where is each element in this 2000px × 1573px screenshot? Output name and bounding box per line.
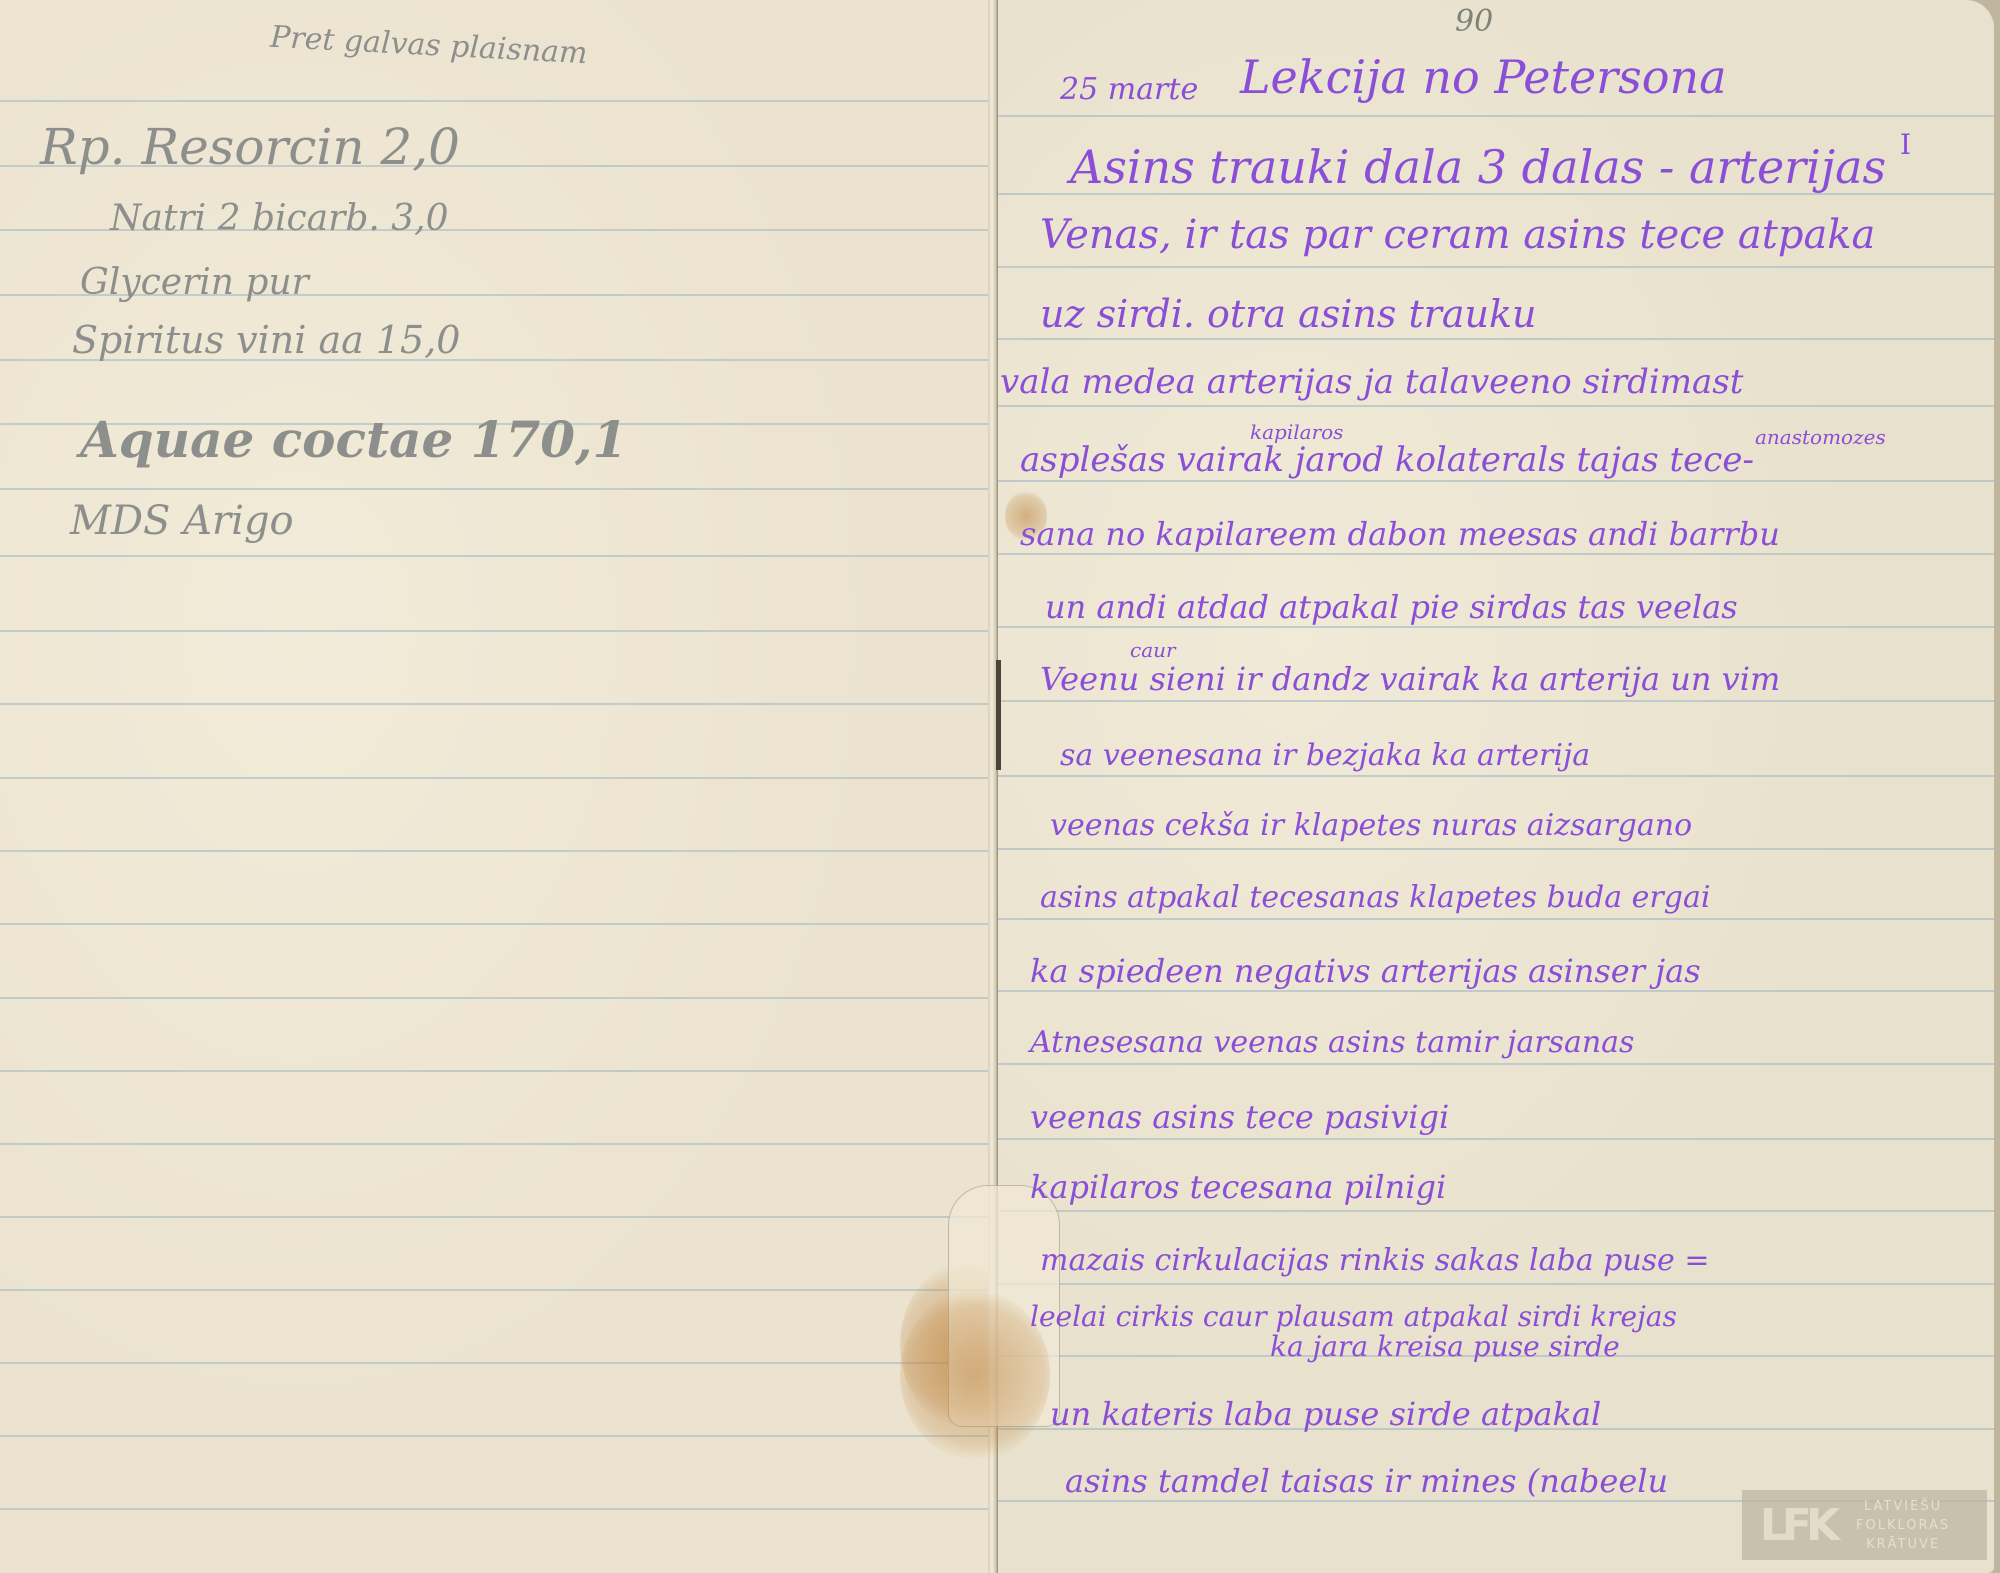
- stain: [900, 1290, 1050, 1460]
- text-line: asins atpakal tecesanas klapetes buda er…: [1040, 880, 1710, 915]
- date-text: 25 marte: [1060, 72, 1198, 107]
- text-line: veenas cekša ir klapetes nuras aizsargan…: [1050, 808, 1692, 843]
- ruled-line: [994, 553, 1994, 555]
- ruled-line: [0, 1435, 992, 1437]
- ruled-line: [0, 997, 992, 999]
- ruled-line: [0, 1143, 992, 1145]
- ruled-line: [994, 1210, 1994, 1212]
- text-line: mazais cirkulacijas rinkis sakas laba pu…: [1040, 1243, 1709, 1278]
- ruled-line: [0, 1289, 992, 1291]
- ruled-line: [994, 990, 1994, 992]
- prescription-line: Rp. Resorcin 2,0: [40, 118, 460, 176]
- left-page: Pret galvas plaisnam Rp. Resorcin 2,0 Na…: [0, 0, 992, 1573]
- ruled-line: [994, 1138, 1994, 1140]
- ruled-line: [994, 918, 1994, 920]
- prescription-line: Aquae coctae 170,1: [80, 410, 627, 469]
- interlinear-note: caur: [1130, 638, 1176, 662]
- ruled-line: [994, 626, 1994, 628]
- ruled-line: [994, 405, 1994, 407]
- ruled-line: [994, 700, 1994, 702]
- text-line: veenas asins tece pasivigi: [1030, 1098, 1449, 1136]
- ruled-line: [0, 703, 992, 705]
- text-line: Asins trauki dala 3 dalas - arterijas: [1070, 140, 1886, 194]
- ruled-line: [0, 100, 992, 102]
- ruled-line: [994, 338, 1994, 340]
- lfk-logo-icon: LFK: [1742, 1490, 1852, 1560]
- text-line: asplešas vairak jarod kolaterals tajas t…: [1020, 440, 1754, 480]
- watermark-line: KRĀTUVE: [1856, 1535, 1950, 1554]
- ruled-line: [0, 777, 992, 779]
- text-line: un kateris laba puse sirde atpakal: [1050, 1395, 1601, 1433]
- lecture-title: Lekcija no Petersona: [1240, 50, 1727, 104]
- interlinear-note: anastomozes: [1755, 425, 1886, 449]
- ruled-line: [994, 1283, 1994, 1285]
- text-line: ka jara kreisa puse sirde: [1270, 1330, 1620, 1363]
- text-line: asins tamdel taisas ir mines (nabeelu: [1065, 1462, 1668, 1500]
- ruled-line: [994, 115, 1994, 117]
- watermark-text: LATVIEŠU FOLKLORAS KRĀTUVE: [1856, 1497, 1950, 1554]
- text-line: Veenu sieni ir dandz vairak ka arterija …: [1040, 660, 1780, 698]
- ruled-line: [0, 850, 992, 852]
- ruled-line: [0, 630, 992, 632]
- ruled-line: [994, 1063, 1994, 1065]
- ruled-line: [0, 1362, 992, 1364]
- text-line: sana no kapilareem dabon meesas andi bar…: [1020, 515, 1780, 553]
- page-number: 90: [1455, 4, 1493, 39]
- ruled-line: [994, 480, 1994, 482]
- ruled-line: [994, 266, 1994, 268]
- text-line: ka spiedeen negativs arterijas asinser j…: [1030, 952, 1701, 990]
- ruled-line: [994, 848, 1994, 850]
- archive-watermark: LFK LATVIEŠU FOLKLORAS KRĀTUVE: [1742, 1490, 1987, 1560]
- text-line: sa veenesana ir bezjaka ka arterija: [1060, 738, 1590, 773]
- ruled-line: [0, 1508, 992, 1510]
- spine-shadow: [996, 660, 1001, 770]
- ruled-line: [0, 923, 992, 925]
- notebook-spread: Pret galvas plaisnam Rp. Resorcin 2,0 Na…: [0, 0, 2000, 1573]
- text-line: Venas, ir tas par ceram asins tece atpak…: [1040, 212, 1875, 258]
- prescription-line: Spiritus vini aa 15,0: [72, 318, 460, 362]
- prescription-line: Natri 2 bicarb. 3,0: [110, 198, 449, 239]
- text-line: un andi atdad atpakal pie sirdas tas vee…: [1045, 588, 1738, 626]
- text-line: uz sirdi. otra asins trauku: [1040, 292, 1537, 336]
- ruled-line: [0, 1070, 992, 1072]
- ruled-line: [0, 1216, 992, 1218]
- watermark-line: LATVIEŠU: [1856, 1497, 1950, 1516]
- ruled-line: [0, 555, 992, 557]
- ruled-line: [994, 775, 1994, 777]
- text-line: Atnesesana veenas asins tamir jarsanas: [1030, 1025, 1634, 1060]
- watermark-line: FOLKLORAS: [1856, 1516, 1950, 1535]
- section-marker: I: [1900, 128, 1911, 161]
- text-line: vala medea arterijas ja talaveeno sirdim…: [1000, 362, 1743, 402]
- heading-text: Pret galvas plaisnam: [269, 20, 588, 72]
- text-line: kapilaros tecesana pilnigi: [1030, 1168, 1446, 1206]
- prescription-line: Glycerin pur: [80, 262, 309, 303]
- prescription-line: MDS Arigo: [70, 498, 294, 544]
- text-line: leelai cirkis caur plausam atpakal sirdi…: [1030, 1300, 1677, 1333]
- ruled-line: [0, 488, 992, 490]
